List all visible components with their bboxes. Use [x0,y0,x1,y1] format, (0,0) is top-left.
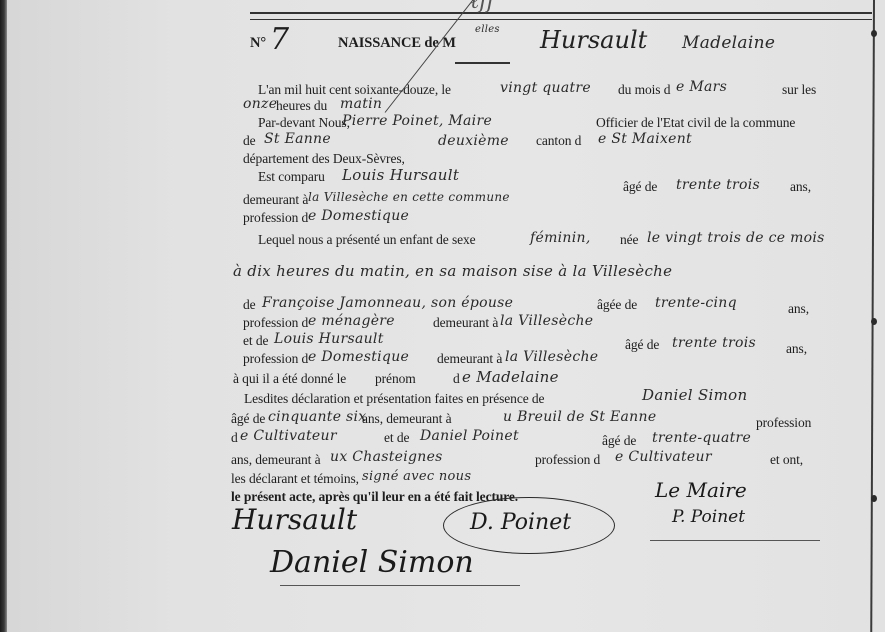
printed-text: Est comparu [258,169,325,185]
margin-rule [870,0,875,632]
handwritten-mother: Françoise Jamonneau, son épouse [262,295,513,311]
handwritten-father-age: trente trois [672,335,756,351]
printed-text: profession d [243,351,308,367]
child-surname: Hursault [540,26,647,54]
number-label: N° [250,35,266,52]
handwritten-signed-note: signé avec nous [362,469,471,484]
handwritten-given-name: e Madelaine [462,368,559,386]
binding-edge [0,0,7,632]
rivet-mark [871,495,877,502]
mayor-title: Le Maire [655,478,747,502]
printed-text: canton d [536,133,581,149]
printed-text: ans, demeurant à [362,411,452,427]
printed-text: et ont, [770,452,803,468]
printed-text: Par-devant Nous, [258,115,350,131]
signature-mayor: P. Poinet [672,507,745,527]
handwritten-mother-age: trente-cinq [655,295,737,311]
printed-text: ans, [790,179,811,195]
printed-text: Lequel nous a présenté un enfant de sexe [258,232,476,248]
printed-text: et de [243,333,268,349]
printed-text: âgé de [231,411,265,427]
printed-text: âgée de [597,297,637,313]
rivet-mark [871,30,877,37]
printed-text: née [620,232,638,248]
title-underline [455,62,510,64]
printed-text: ans, [786,341,807,357]
handwritten-witness-1-profession: e Cultivateur [240,428,337,444]
printed-text: du mois d [618,82,670,98]
printed-text: d [453,371,460,387]
handwritten-age: trente trois [676,177,760,193]
handwritten-birthplace: à dix heures du matin, en sa maison sise… [233,262,672,280]
handwritten-father-residence: la Villesèche [505,349,598,365]
handwritten-witness-2-age: trente-quatre [652,430,751,446]
handwritten-sex: féminin, [530,230,591,246]
record-number: 7 [270,22,289,57]
handwritten-witness-2-profession: e Cultivateur [615,449,712,465]
title-superscript: elles [475,24,500,35]
printed-text: de [243,133,256,149]
printed-text: heures du [276,98,327,114]
handwritten-father-profession: e Domestique [308,349,409,365]
printed-text: demeurant à [243,192,308,208]
handwritten-witness-2-residence: ux Chasteignes [330,449,443,465]
handwritten-mother-profession: e ménagère [308,313,395,329]
printed-text: âgé de [623,179,657,195]
printed-text: profession d [243,210,308,226]
rivet-mark [871,318,877,325]
handwritten-month: e Mars [676,79,727,95]
signature-underline [280,585,520,586]
top-handwritten-mark: ℓff [470,0,495,14]
handwritten-profession: e Domestique [308,208,409,224]
signature-declarant: Hursault [232,503,357,536]
printed-text: âgé de [625,337,659,353]
printed-text: et de [384,430,409,446]
handwritten-declarant: Louis Hursault [342,166,459,184]
printed-text: profession d [243,315,308,331]
header-rule [250,19,872,20]
handwritten-day: vingt quatre [500,80,591,96]
printed-text: sur les [782,82,816,98]
handwritten-period: matin [340,96,382,112]
printed-text: Lesdites déclaration et présentation fai… [244,391,544,407]
printed-text: Officier de l'Etat civil de la commune [596,115,795,131]
printed-text: à qui il a été donné le [233,371,346,387]
printed-text: demeurant à [433,315,498,331]
child-given-name: Madelaine [682,33,775,53]
printed-text: de [243,297,256,313]
printed-text: ans, [788,301,809,317]
signature-witness-2: Daniel Simon [270,545,474,580]
printed-text: profession [756,415,811,431]
handwritten-father: Louis Hursault [274,331,384,347]
handwritten-witness-1: Daniel Simon [642,386,747,404]
mayor-flourish [650,540,820,541]
signature-witness-1: D. Poinet [470,510,571,535]
handwritten-canton: e St Maixent [598,131,692,147]
printed-text: âgé de [602,433,636,449]
handwritten-hour: onze [243,96,277,112]
handwritten-witness-1-age: cinquante six [268,409,367,425]
printed-text: département des Deux-Sèvres, [243,151,405,167]
handwritten-mother-residence: la Villesèche [500,313,593,329]
handwritten-witness-1-residence: u Breuil de St Eanne [503,409,656,425]
printed-text: les déclarant et témoins, [231,471,359,487]
printed-text: profession d [535,452,600,468]
printed-text: d [231,430,238,446]
handwritten-witness-2: Daniel Poinet [420,428,519,444]
handwritten-birthdate: le vingt trois de ce mois [647,230,825,246]
printed-text: demeurant à [437,351,502,367]
handwritten-officer: Pierre Poinet, Maire [342,113,492,129]
handwritten-commune: St Eanne [264,131,331,147]
printed-text: prénom [375,371,416,387]
printed-text: ans, demeurant à [231,452,321,468]
handwritten-residence: la Villesèche en cette commune [308,190,510,204]
handwritten-canton-ordinal: deuxième [438,133,509,149]
header-rule [250,12,872,14]
register-page: ℓff N° 7 NAISSANCE de M elles Hursault M… [0,0,885,632]
